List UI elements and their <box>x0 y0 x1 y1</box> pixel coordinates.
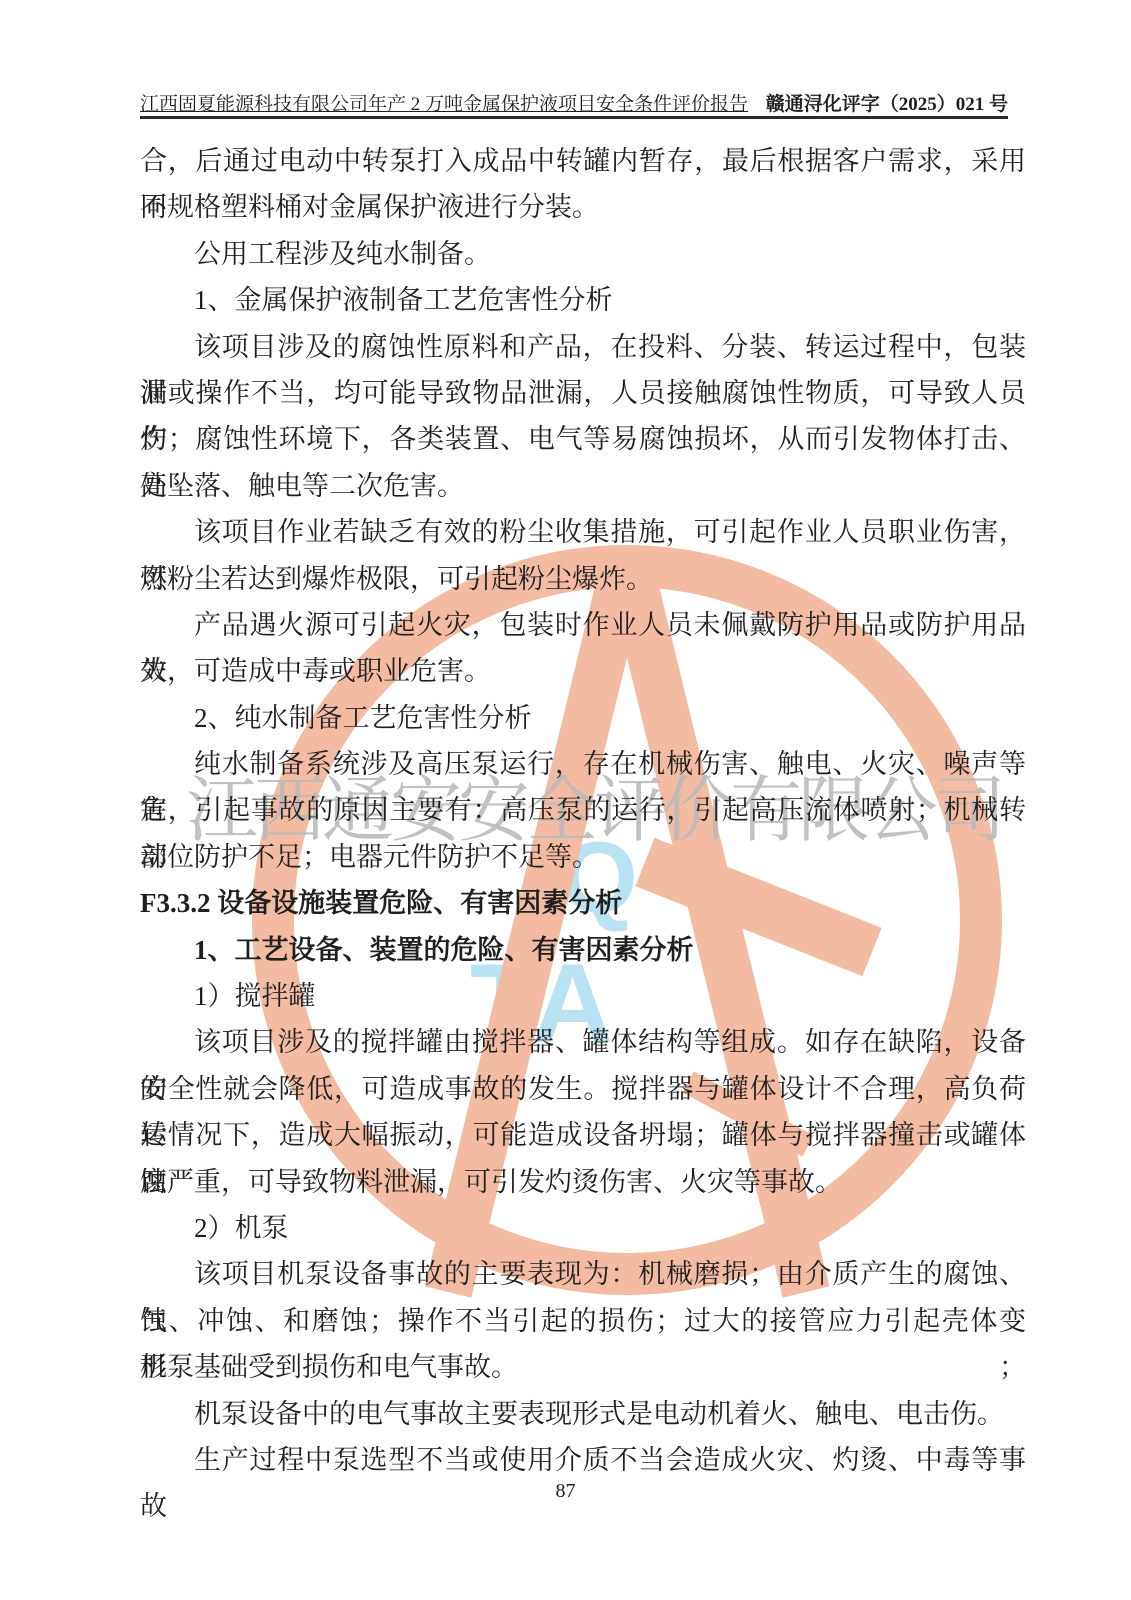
document-page: Q TA 江西通安安全评价有限公司 江西固夏能源科技有限公司年产 2 万吨金属保… <box>0 0 1131 1600</box>
body-line: 合，后通过电动中转泵打入成品中转罐内暂存，最后根据客户需求，采用不 <box>140 138 1026 184</box>
body-line: 转情况下，造成大幅振动，可能造成设备坍塌；罐体与搅拌器撞击或罐体腐 <box>140 1112 1026 1158</box>
header-report-title: 江西固夏能源科技有限公司年产 2 万吨金属保护液项目安全条件评价报告 <box>140 94 748 116</box>
body-line: 1）搅拌罐 <box>140 973 1026 1019</box>
body-line: 2、纯水制备工艺危害性分析 <box>140 695 1026 741</box>
body-line: 1、工艺设备、装置的危险、有害因素分析 <box>140 927 1026 973</box>
body-line: 安全性就会降低，可造成事故的发生。搅拌器与罐体设计不合理，高负荷运 <box>140 1066 1026 1112</box>
body-line: 害，引起事故的原因主要有：高压泵的运行，引起高压流体喷射；机械转动 <box>140 787 1026 833</box>
body-line: 燃粉尘若达到爆炸极限，可引起粉尘爆炸。 <box>140 556 1026 602</box>
body-line: 机泵设备中的电气事故主要表现形式是电动机着火、触电、电击伤。 <box>140 1391 1026 1437</box>
header-document-number: 赣通浔化评字（2025）021 号 <box>766 94 1008 116</box>
body-line: 处坠落、触电等二次危害。 <box>140 463 1026 509</box>
body-line: 该项目作业若缺乏有效的粉尘收集措施，可引起作业人员职业伤害，可 <box>140 509 1026 555</box>
body-line: 部位防护不足；电器元件防护不足等。 <box>140 834 1026 880</box>
body-line: 漏或操作不当，均可能导致物品泄漏，人员接触腐蚀性物质，可导致人员灼 <box>140 370 1026 416</box>
body-line: 蚀、冲蚀、和磨蚀；操作不当引起的损伤；过大的接管应力引起壳体变形； <box>140 1298 1026 1344</box>
body-line: 伤；腐蚀性环境下，各类装置、电气等易腐蚀损坏，从而引发物体打击、高 <box>140 416 1026 462</box>
body-line: 该项目机泵设备事故的主要表现为：机械磨损；由介质产生的腐蚀、气 <box>140 1251 1026 1297</box>
body-line: 该项目涉及的搅拌罐由搅拌器、罐体结构等组成。如存在缺陷，设备的 <box>140 1019 1026 1065</box>
page-header: 江西固夏能源科技有限公司年产 2 万吨金属保护液项目安全条件评价报告 赣通浔化评… <box>140 90 1008 119</box>
page-footer: 87 <box>0 1480 1131 1503</box>
body-line: 生产过程中泵选型不当或使用介质不当会造成火灾、灼烫、中毒等事故 <box>140 1437 1026 1483</box>
body-line: 效，可造成中毒或职业危害。 <box>140 648 1026 694</box>
body-line: 纯水制备系统涉及高压泵运行，存在机械伤害、触电、火灾、噪声等危 <box>140 741 1026 787</box>
body-line: 同规格塑料桶对金属保护液进行分装。 <box>140 184 1026 230</box>
body-line: 产品遇火源可引起火灾，包装时作业人员未佩戴防护用品或防护用品失 <box>140 602 1026 648</box>
body-line: 1、金属保护液制备工艺危害性分析 <box>140 277 1026 323</box>
body-line: F3.3.2 设备设施装置危险、有害因素分析 <box>140 880 1026 926</box>
page-number: 87 <box>556 1480 576 1502</box>
body-line: 蚀严重，可导致物料泄漏，可引发灼烫伤害、火灾等事故。 <box>140 1159 1026 1205</box>
body-line: 2）机泵 <box>140 1205 1026 1251</box>
body-line: 该项目涉及的腐蚀性原料和产品，在投料、分装、转运过程中，包装泄 <box>140 324 1026 370</box>
body-lines: 合，后通过电动中转泵打入成品中转罐内暂存，最后根据客户需求，采用不同规格塑料桶对… <box>140 138 1026 1483</box>
body-line: 公用工程涉及纯水制备。 <box>140 231 1026 277</box>
